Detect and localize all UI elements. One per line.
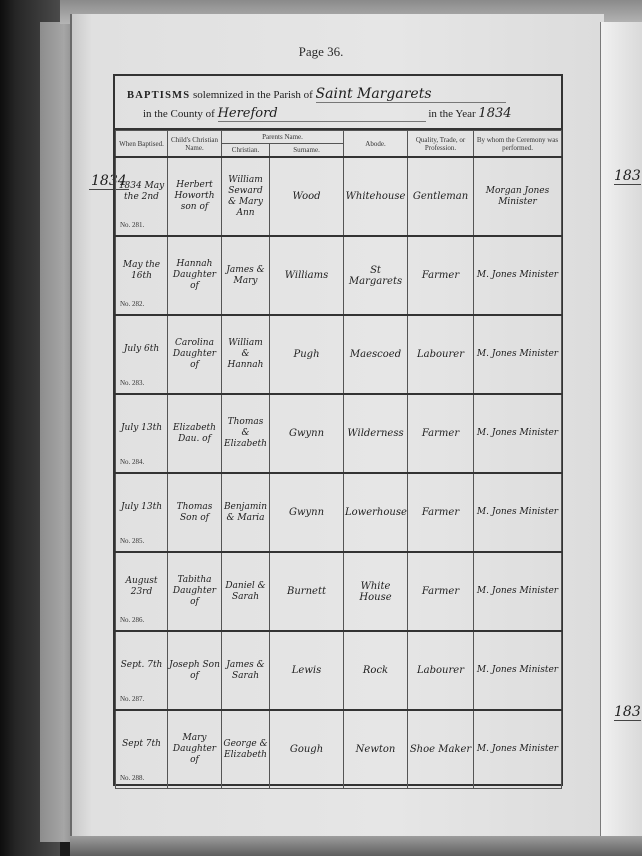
baptism-register-table: BAPTISMS solemnized in the Parish of Sai… <box>113 74 563 786</box>
entry-officiant: M. Jones Minister <box>474 236 562 315</box>
col-quality: Quality, Trade, or Profession. <box>408 131 474 158</box>
entry-officiant: M. Jones Minister <box>474 631 562 710</box>
col-officiant: By whom the Ceremony was performed. <box>474 131 562 158</box>
entry-child-name: Mary Daughter of <box>168 710 222 789</box>
entry-date-cell: 1834 May the 2ndNo. 281. <box>116 157 168 236</box>
entry-quality: Labourer <box>408 631 474 710</box>
entry-date-cell: July 13thNo. 284. <box>116 394 168 473</box>
entry-officiant: M. Jones Minister <box>474 710 562 789</box>
bottom-shadow <box>70 836 642 856</box>
entry-number: No. 282. <box>120 300 144 308</box>
entry-child-name: Tabitha Daughter of <box>168 552 222 631</box>
entry-abode: Maescoed <box>344 315 408 394</box>
entry-number: No. 287. <box>120 695 144 703</box>
entry-date-cell: Sept. 7thNo. 287. <box>116 631 168 710</box>
entry-number: No. 283. <box>120 379 144 387</box>
entry-quality: Gentleman <box>408 157 474 236</box>
entry-date-cell: July 13thNo. 285. <box>116 473 168 552</box>
entry-child-name: Herbert Howorth son of <box>168 157 222 236</box>
entry-quality: Farmer <box>408 552 474 631</box>
entry-date-cell: August 23rdNo. 286. <box>116 552 168 631</box>
entry-date: May the 16th <box>117 260 166 282</box>
entry-officiant: Morgan Jones Minister <box>474 157 562 236</box>
entry-abode: White House <box>344 552 408 631</box>
entry-child-name: Joseph Son of <box>168 631 222 710</box>
entry-surname: Lewis <box>270 631 344 710</box>
entry-officiant: M. Jones Minister <box>474 552 562 631</box>
col-parents-name: Parents Name. <box>222 131 344 144</box>
col-parents-surname: Surname. <box>270 144 344 158</box>
col-parents-christian: Christian. <box>222 144 270 158</box>
entry-parents-christian: Daniel & Sarah <box>222 552 270 631</box>
entry-surname: Wood <box>270 157 344 236</box>
county-name: Hereford <box>218 106 426 122</box>
entry-parents-christian: James & Mary <box>222 236 270 315</box>
entry-quality: Shoe Maker <box>408 710 474 789</box>
facing-page-year-note-bottom: 183 <box>614 704 641 721</box>
entry-surname: Williams <box>270 236 344 315</box>
entry-surname: Gwynn <box>270 394 344 473</box>
entry-number: No. 288. <box>120 774 144 782</box>
entry-abode: Whitehouse <box>344 157 408 236</box>
entry-child-name: Thomas Son of <box>168 473 222 552</box>
entry-date: Sept 7th <box>117 739 166 750</box>
entry-officiant: M. Jones Minister <box>474 394 562 473</box>
page-number: Page 36. <box>0 44 642 60</box>
entry-quality: Labourer <box>408 315 474 394</box>
entry-child-name: Elizabeth Dau. of <box>168 394 222 473</box>
entry-abode: St Margarets <box>344 236 408 315</box>
parish-name: Saint Margarets <box>316 86 506 103</box>
entry-abode: Newton <box>344 710 408 789</box>
entry-date-cell: July 6thNo. 283. <box>116 315 168 394</box>
entry-number: No. 285. <box>120 537 144 545</box>
entry-date: July 13th <box>117 502 166 513</box>
entry-parents-christian: Benjamin & Maria <box>222 473 270 552</box>
register-entry: Sept. 7thNo. 287. Joseph Son of James & … <box>116 631 562 710</box>
register-entry: 1834 May the 2ndNo. 281. Herbert Howorth… <box>116 157 562 236</box>
entry-quality: Farmer <box>408 236 474 315</box>
entries-table: When Baptised. Child's Christian Name. P… <box>115 130 562 789</box>
entry-date: July 13th <box>117 423 166 434</box>
entry-number: No. 286. <box>120 616 144 624</box>
register-entry: July 13thNo. 284. Elizabeth Dau. of Thom… <box>116 394 562 473</box>
col-abode: Abode. <box>344 131 408 158</box>
entry-surname: Gwynn <box>270 473 344 552</box>
entry-parents-christian: George & Elizabeth <box>222 710 270 789</box>
entry-child-name: Hannah Daughter of <box>168 236 222 315</box>
entry-abode: Lowerhouse <box>344 473 408 552</box>
entry-surname: Gough <box>270 710 344 789</box>
entry-date: July 6th <box>117 344 166 355</box>
entry-number: No. 281. <box>120 221 144 229</box>
facing-page-year-note-top: 183 <box>614 168 641 185</box>
entry-parents-christian: James & Sarah <box>222 631 270 710</box>
register-entry: July 13thNo. 285. Thomas Son of Benjamin… <box>116 473 562 552</box>
entry-abode: Rock <box>344 631 408 710</box>
entry-child-name: Carolina Daughter of <box>168 315 222 394</box>
col-child-name: Child's Christian Name. <box>168 131 222 158</box>
entry-abode: Wilderness <box>344 394 408 473</box>
entry-parents-christian: William & Hannah <box>222 315 270 394</box>
entry-date-cell: May the 16thNo. 282. <box>116 236 168 315</box>
register-entry: May the 16thNo. 282. Hannah Daughter of … <box>116 236 562 315</box>
header-text-year-label: in the Year <box>426 108 479 120</box>
register-year: 1834 <box>478 106 511 121</box>
entry-date: August 23rd <box>117 576 166 598</box>
entry-parents-christian: Thomas & Elizabeth <box>222 394 270 473</box>
register-header: BAPTISMS solemnized in the Parish of Sai… <box>115 76 561 130</box>
entry-quality: Farmer <box>408 473 474 552</box>
entry-surname: Burnett <box>270 552 344 631</box>
register-entry: August 23rdNo. 286. Tabitha Daughter of … <box>116 552 562 631</box>
header-text-county-label: in the County of <box>143 108 218 120</box>
header-text-parish-label: solemnized in the Parish of <box>190 89 315 101</box>
register-entry: July 6thNo. 283. Carolina Daughter of Wi… <box>116 315 562 394</box>
entry-date: Sept. 7th <box>117 660 166 671</box>
entry-officiant: M. Jones Minister <box>474 315 562 394</box>
entry-quality: Farmer <box>408 394 474 473</box>
entry-date-cell: Sept 7thNo. 288. <box>116 710 168 789</box>
register-entry: Sept 7thNo. 288. Mary Daughter of George… <box>116 710 562 789</box>
header-title: BAPTISMS <box>127 90 190 101</box>
col-when-baptised: When Baptised. <box>116 131 168 158</box>
entry-number: No. 284. <box>120 458 144 466</box>
entry-parents-christian: William Seward & Mary Ann <box>222 157 270 236</box>
entry-date: 1834 May the 2nd <box>117 181 166 203</box>
entry-officiant: M. Jones Minister <box>474 473 562 552</box>
entry-surname: Pugh <box>270 315 344 394</box>
